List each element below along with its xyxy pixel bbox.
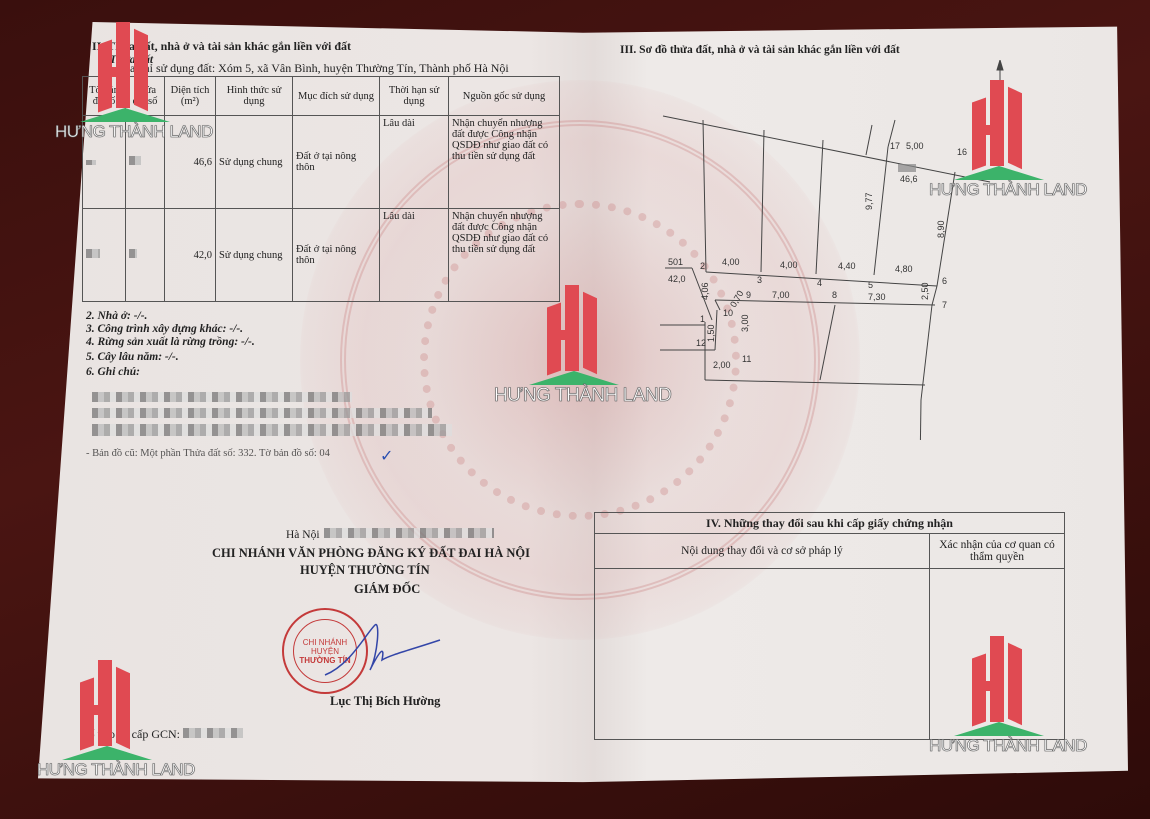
col-purpose: Mục đích sử dụng bbox=[293, 77, 380, 116]
form-cell: Sử dụng chung bbox=[216, 209, 293, 302]
svg-text:4,00: 4,00 bbox=[780, 260, 798, 270]
svg-text:8: 8 bbox=[832, 290, 837, 300]
col-form: Hình thức sử dụng bbox=[216, 77, 293, 116]
item-notes: 6. Ghi chú: bbox=[86, 366, 140, 379]
map-sheet-cell bbox=[83, 209, 126, 302]
svg-text:5: 5 bbox=[868, 280, 873, 290]
svg-text:12: 12 bbox=[696, 338, 706, 348]
item-forest: 4. Rừng sản xuất là rừng trồng: -/-. bbox=[86, 336, 255, 349]
place-date: Hà Nội bbox=[286, 528, 494, 542]
changes-col-content: Nội dung thay đổi và cơ sở pháp lý bbox=[595, 534, 930, 569]
col-origin: Nguồn gốc sử dụng bbox=[449, 77, 560, 116]
svg-text:42,0: 42,0 bbox=[668, 274, 686, 284]
purpose-cell: Đất ở tại nông thôn bbox=[293, 209, 380, 302]
svg-text:1: 1 bbox=[700, 314, 705, 324]
svg-text:46,6: 46,6 bbox=[900, 174, 918, 184]
svg-text:2: 2 bbox=[700, 261, 705, 271]
svg-text:4,06: 4,06 bbox=[700, 282, 710, 300]
svg-text:5,00: 5,00 bbox=[906, 141, 924, 151]
svg-text:9: 9 bbox=[746, 290, 751, 300]
watermark-logo-top-left: HƯNG THÀNH LAND bbox=[55, 22, 195, 142]
address-value: Xóm 5, xã Vân Bình, huyện Thường Tín, Th… bbox=[218, 61, 509, 75]
term-cell: Lâu dài bbox=[380, 116, 449, 209]
svg-text:7: 7 bbox=[942, 300, 947, 310]
watermark-logo-top-right: HƯNG THÀNH LAND bbox=[929, 80, 1069, 200]
ht-logo-icon bbox=[539, 285, 609, 375]
signer-name: Lục Thị Bích Hường bbox=[330, 694, 440, 708]
origin-cell: Nhận chuyển nhượng đất được Công nhận QS… bbox=[449, 116, 560, 209]
svg-text:4,40: 4,40 bbox=[838, 261, 856, 271]
form-cell: Sử dụng chung bbox=[216, 116, 293, 209]
purpose-cell: Đất ở tại nông thôn bbox=[293, 116, 380, 209]
svg-text:10: 10 bbox=[723, 308, 733, 318]
col-term: Thời hạn sử dụng bbox=[380, 77, 449, 116]
svg-text:7,30: 7,30 bbox=[868, 292, 886, 302]
redacted-notes bbox=[92, 392, 452, 436]
ht-logo-icon bbox=[964, 636, 1034, 726]
area-cell: 42,0 bbox=[165, 209, 216, 302]
svg-text:9,77: 9,77 bbox=[864, 192, 874, 210]
svg-text:11: 11 bbox=[742, 354, 751, 364]
svg-text:17: 17 bbox=[890, 141, 900, 151]
agency-line-1: CHI NHÁNH VĂN PHÒNG ĐĂNG KÝ ĐẤT ĐAI HÀ N… bbox=[212, 546, 530, 560]
svg-text:6: 6 bbox=[942, 276, 947, 286]
changes-title: IV. Những thay đổi sau khi cấp giấy chứn… bbox=[595, 513, 1065, 534]
term-cell: Lâu dài bbox=[380, 209, 449, 302]
svg-text:2,00: 2,00 bbox=[713, 360, 731, 370]
signer-title: GIÁM ĐỐC bbox=[354, 582, 420, 596]
ht-logo-icon bbox=[90, 22, 160, 112]
svg-text:4,80: 4,80 bbox=[895, 264, 913, 274]
item-house: 2. Nhà ở: -/-. bbox=[86, 310, 147, 323]
parcel-cell bbox=[126, 209, 165, 302]
svg-text:0,70: 0,70 bbox=[728, 289, 745, 309]
svg-text:2,50: 2,50 bbox=[920, 282, 930, 300]
watermark-logo-bottom-right: HƯNG THÀNH LAND bbox=[929, 636, 1069, 756]
table-row: 42,0 Sử dụng chung Đất ở tại nông thôn L… bbox=[83, 209, 560, 302]
signature bbox=[320, 615, 450, 685]
ht-logo-icon bbox=[964, 80, 1034, 170]
ht-logo-icon bbox=[72, 660, 142, 750]
svg-text:3,00: 3,00 bbox=[740, 314, 750, 332]
svg-text:1,50: 1,50 bbox=[706, 324, 716, 342]
changes-empty-cell bbox=[595, 569, 930, 740]
svg-text:4,00: 4,00 bbox=[722, 257, 740, 267]
item-perennial-trees: 5. Cây lâu năm: -/-. bbox=[86, 351, 179, 364]
agency-line-2: HUYỆN THƯỜNG TÍN bbox=[300, 563, 430, 577]
svg-text:501: 501 bbox=[668, 257, 683, 267]
svg-text:8,90: 8,90 bbox=[936, 220, 946, 238]
watermark-logo-center: HƯNG THÀNH LAND bbox=[494, 285, 654, 407]
checkmark-icon: ✓ bbox=[380, 446, 393, 465]
section-iii-title: III. Sơ đồ thửa đất, nhà ở và tài sản kh… bbox=[620, 44, 900, 57]
watermark-logo-bottom-left: HƯNG THÀNH LAND bbox=[37, 660, 177, 780]
changes-col-confirmation: Xác nhận của cơ quan có thẩm quyền bbox=[930, 534, 1065, 569]
svg-text:4: 4 bbox=[817, 278, 822, 288]
old-map-note: - Bản đồ cũ: Một phần Thửa đất số: 332. … bbox=[86, 448, 330, 460]
svg-text:3: 3 bbox=[757, 275, 762, 285]
svg-text:7,00: 7,00 bbox=[772, 290, 790, 300]
item-other-construction: 3. Công trình xây dựng khác: -/-. bbox=[86, 323, 243, 336]
